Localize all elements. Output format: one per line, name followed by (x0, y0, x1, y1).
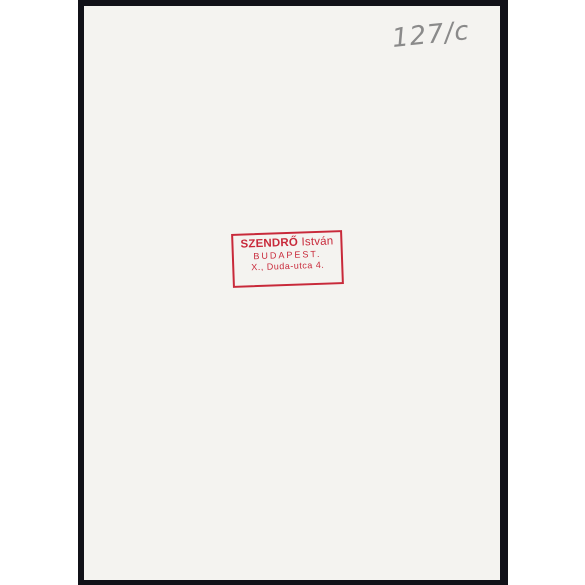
stamp-given-name: István (301, 235, 333, 248)
stamp-surname: SZENDRŐ (240, 237, 298, 251)
photographer-stamp: SZENDRŐ István BUDAPEST. X., Duda-utca 4… (231, 230, 344, 288)
photo-back-paper (84, 6, 500, 580)
